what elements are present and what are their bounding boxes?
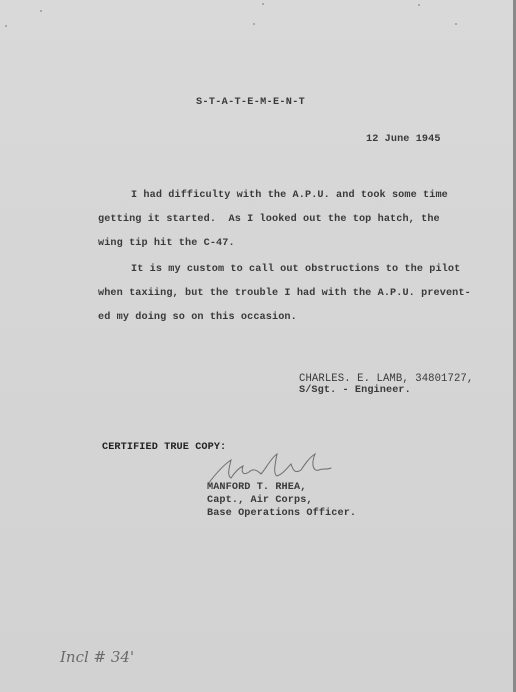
paragraph-2-line-1: It is my custom to call out obstructions… [131,264,460,276]
handwritten-note: Incl # 34' [60,648,134,666]
scan-speck [253,23,255,25]
document-title: S-T-A-T-E-M-E-N-T [196,97,305,109]
certifier-rank: Capt., Air Corps, [207,495,313,507]
paragraph-1-line-1: I had difficulty with the A.P.U. and too… [131,190,448,202]
scan-speck [418,4,420,6]
scan-speck [40,10,42,12]
document-page: S-T-A-T-E-M-E-N-T 12 June 1945 I had dif… [0,0,513,692]
scan-speck [262,3,264,5]
certifier-name: MANFORD T. RHEA, [207,482,306,494]
scan-speck [455,23,457,25]
scan-speck [5,25,7,27]
document-date: 12 June 1945 [366,134,441,146]
paragraph-1-line-3: wing tip hit the C-47. [98,238,235,250]
signatory-title: S/Sgt. - Engineer. [299,385,411,397]
paragraph-2-line-3: ed my doing so on this occasion. [98,312,297,324]
certifier-position: Base Operations Officer. [207,508,356,520]
paragraph-1-line-2: getting it started. As I looked out the … [98,214,440,226]
signatory-name: CHARLES. E. LAMB, 34801727, [299,373,473,385]
paragraph-2-line-2: when taxiing, but the trouble I had with… [98,288,471,300]
